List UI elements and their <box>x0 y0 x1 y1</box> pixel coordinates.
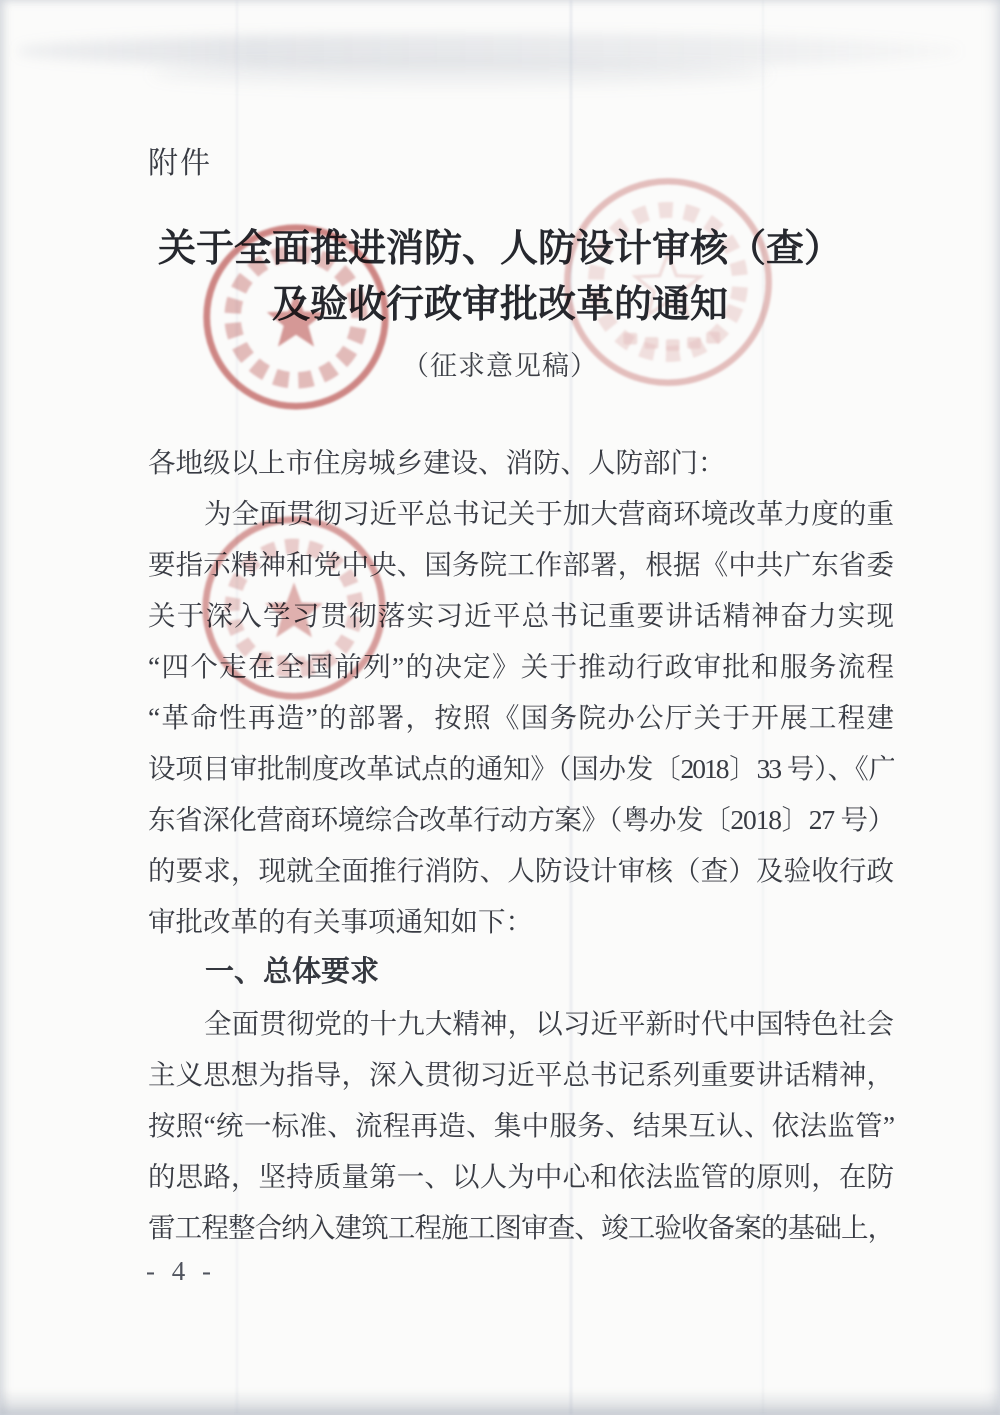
attachment-label: 附件 <box>148 138 212 182</box>
document-title-line2: 及验收行政审批改革的通知 <box>0 277 1000 333</box>
body-line: 关于深入学习贯彻落实习近平总书记重要讲话精神奋力实现 <box>148 590 894 641</box>
scan-bottom-bleed <box>0 1389 1000 1415</box>
section-heading: 一、总体要求 <box>148 947 894 998</box>
body-line: 按照“统一标准、流程再造、集中服务、结果互认、依法监管” <box>148 1100 894 1151</box>
body-line: 的要求，现就全面推行消防、人防设计审核（查）及验收行政 <box>148 845 894 896</box>
body-line: 要指示精神和党中央、国务院工作部署，根据《中共广东省委 <box>148 539 894 590</box>
page-number: - 4 - <box>146 1256 216 1287</box>
body-line: 为全面贯彻习近平总书记关于加大营商环境改革力度的重 <box>148 488 894 539</box>
body-paragraphs: 各地级以上市住房城乡建设、消防、人防部门：为全面贯彻习近平总书记关于加大营商环境… <box>148 437 894 1253</box>
body-line: 雷工程整合纳入建筑工程施工图审查、竣工验收备案的基础上， <box>148 1202 894 1253</box>
body-line: 的思路，坚持质量第一、以人为中心和依法监管的原则，在防 <box>148 1151 894 1202</box>
body-line: 主义思想为指导，深入贯彻习近平总书记系列重要讲话精神， <box>148 1049 894 1100</box>
document-page: 附件 关于全面推进消防、人防设计审核（查） 及验收行政审批改革的通知 （征求意见… <box>0 0 1000 1415</box>
body-line: 审批改革的有关事项通知如下： <box>148 896 894 947</box>
body-line: “革命性再造”的部署，按照《国务院办公厅关于开展工程建 <box>148 692 894 743</box>
body-line: “四个走在全国前列”的决定》关于推动行政审批和服务流程 <box>148 641 894 692</box>
document-subtitle: （征求意见稿） <box>0 344 1000 383</box>
body-line: 各地级以上市住房城乡建设、消防、人防部门： <box>148 437 894 488</box>
document-title-line1: 关于全面推进消防、人防设计审核（查） <box>0 221 1000 277</box>
body-line: 全面贯彻党的十九大精神，以习近平新时代中国特色社会 <box>148 998 894 1049</box>
scan-smudge-secondary <box>150 62 770 86</box>
body-line: 设项目审批制度改革试点的通知》（国办发〔2018〕33 号）、《广 <box>148 743 894 794</box>
body-line: 东省深化营商环境综合改革行动方案》（粤办发〔2018〕27 号） <box>148 794 894 845</box>
document-title: 关于全面推进消防、人防设计审核（查） 及验收行政审批改革的通知 <box>0 221 1000 333</box>
